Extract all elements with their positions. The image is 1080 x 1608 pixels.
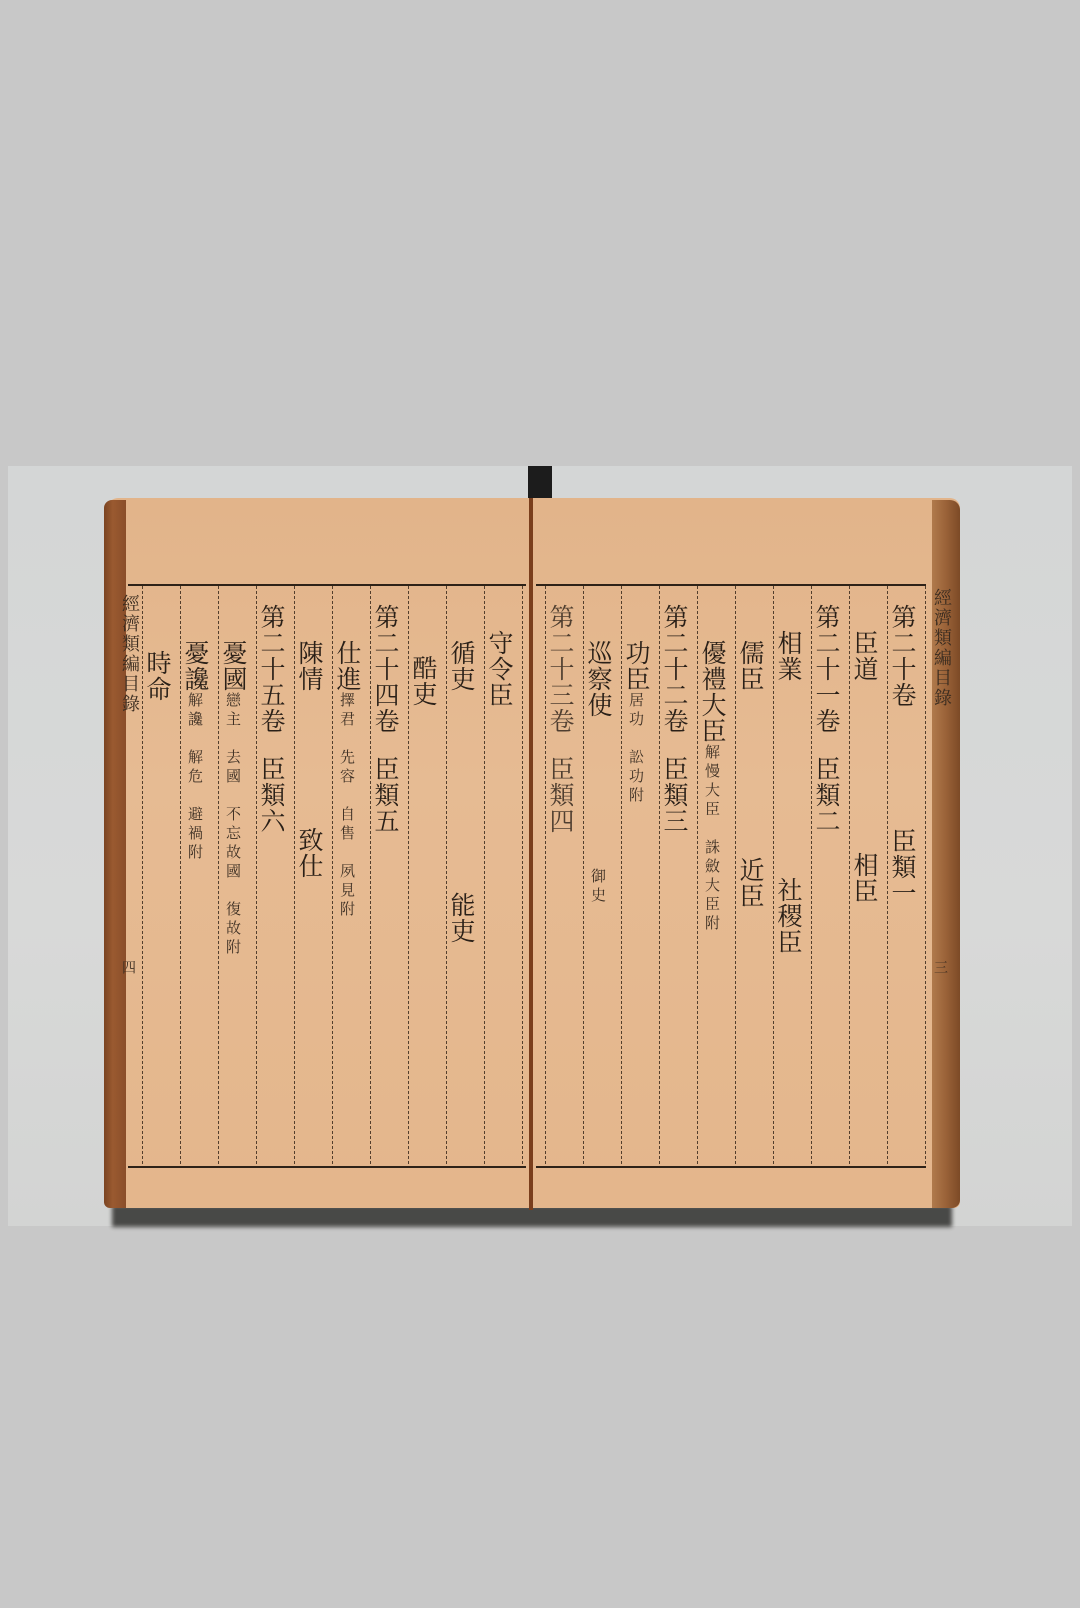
text-column: 功臣居功 訟功附: [622, 640, 650, 806]
right-margin-title: 經濟類編目錄: [928, 588, 954, 708]
text-column: 陳情致仕: [295, 640, 323, 879]
text-column: 優禮大臣解慢大臣 誅斂大臣附: [698, 640, 726, 934]
left-folio-number: 四: [118, 960, 138, 974]
bookmark-ribbon: [528, 466, 552, 502]
text-column: 第二十卷臣類一: [888, 604, 916, 906]
column-rule: [925, 586, 926, 1164]
text-column: 臣道相臣: [850, 630, 878, 904]
book-gutter: [529, 498, 533, 1210]
text-column: 時命: [143, 650, 171, 702]
column-rule: [522, 586, 523, 1164]
text-column: 守令臣: [485, 630, 513, 708]
right-folio-number: 三: [930, 960, 950, 974]
text-column: 酷吏: [409, 655, 437, 707]
text-column: 第二十四卷臣類五: [371, 604, 399, 834]
text-column: 憂讒解讒 解危 避禍附: [181, 640, 209, 863]
text-column: 第二十一卷臣類二: [812, 604, 840, 834]
text-column: 仕進擇君 先容 自售 夙見附: [333, 640, 361, 920]
text-column: 第二十三卷臣類四: [546, 604, 574, 834]
text-column: 第二十五卷臣類六: [257, 604, 285, 834]
left-margin-title: 經濟類編目錄: [116, 594, 142, 714]
text-column: 憂國戀主 去國 不忘故國 復故附: [219, 640, 247, 958]
text-column: 儒臣近臣: [736, 640, 764, 909]
text-column: 第二十二卷臣類三: [660, 604, 688, 834]
text-column: 巡察使御史: [584, 640, 612, 906]
text-column: 循吏能吏: [447, 640, 475, 944]
text-column: 相業社稷臣: [774, 630, 802, 955]
